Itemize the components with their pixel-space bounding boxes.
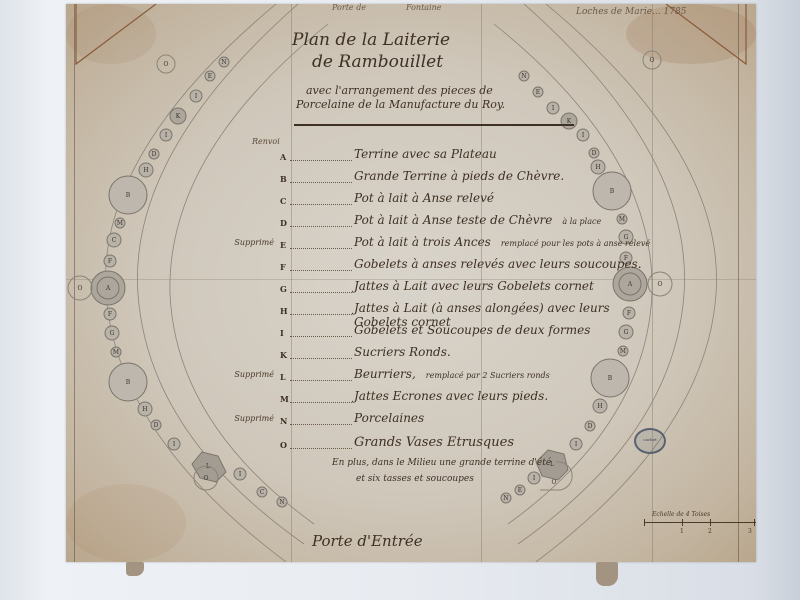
svg-text:C: C	[112, 237, 117, 244]
scale-tick-label: 3	[748, 528, 752, 535]
leader-dots	[290, 248, 352, 249]
legend-note: à la place	[562, 217, 601, 226]
legend-row: O Grands Vases Etrusques	[246, 434, 666, 454]
legend-text: Pot à lait à trois Ancesremplacé pour le…	[354, 235, 650, 249]
svg-text:N: N	[503, 495, 508, 502]
legend-key: I	[280, 328, 284, 338]
legend-key: G	[280, 284, 287, 294]
scale-tick-label: 2	[708, 528, 712, 535]
svg-text:E: E	[518, 487, 522, 494]
svg-text:B: B	[126, 192, 131, 199]
legend-key: F	[280, 262, 286, 272]
leader-dots	[290, 160, 352, 161]
svg-text:M: M	[117, 220, 123, 227]
suppressed-mark: Supprimé	[228, 238, 274, 247]
svg-text:N: N	[279, 499, 284, 506]
legend-row: M Jattes Ecrones avec leurs pieds.	[246, 388, 666, 408]
legend-key: B	[280, 174, 287, 184]
leader-dots	[290, 336, 352, 337]
legend-row: A Terrine avec sa Plateau	[246, 146, 666, 166]
top-note-right: Fontaine	[406, 3, 442, 12]
svg-text:E: E	[208, 73, 212, 80]
leader-dots	[290, 402, 352, 403]
scale-line	[644, 522, 756, 523]
legend-row: Supprimé E Pot à lait à trois Ancesrempl…	[246, 234, 666, 254]
legend-key: A	[280, 152, 286, 162]
svg-text:D: D	[152, 151, 157, 158]
leader-dots	[290, 424, 352, 425]
leader-dots	[290, 204, 352, 205]
legend-text: Grands Vases Etrusques	[354, 435, 514, 450]
legend-text: Jattes à Lait avec leurs Gobelets cornet	[354, 279, 594, 293]
legend-text: Pot à lait à Anse teste de Chèvreà la pl…	[354, 213, 601, 227]
svg-text:O: O	[78, 285, 83, 292]
title-line-2: de Rambouillet	[312, 52, 443, 72]
legend-key: D	[280, 218, 287, 228]
archive-stamp: cachet	[634, 428, 666, 454]
legend-row: K Sucriers Ronds.	[246, 344, 666, 364]
additional-note-line-2: et six tasses et soucoupes	[356, 474, 474, 484]
legend-row: I Gobelets et Soucoupes de deux formes	[246, 322, 666, 342]
legend-row: B Grande Terrine à pieds de Chèvre.	[246, 168, 666, 188]
legend-row: G Jattes à Lait avec leurs Gobelets corn…	[246, 278, 666, 298]
scale-label: Echelle de 4 Toises	[652, 511, 710, 518]
svg-text:D: D	[154, 422, 159, 429]
suppressed-mark: Supprimé	[228, 414, 274, 423]
svg-text:M: M	[113, 349, 119, 356]
legend-key: C	[280, 196, 286, 206]
legend-text: Terrine avec sa Plateau	[354, 147, 497, 161]
leader-dots	[290, 314, 352, 315]
legend-text: Jattes Ecrones avec leurs pieds.	[354, 389, 548, 403]
svg-text:F: F	[108, 311, 112, 318]
legend-text: Gobelets à anses relevés avec leurs souc…	[354, 257, 642, 271]
legend-text: Grande Terrine à pieds de Chèvre.	[354, 169, 564, 183]
svg-text:C: C	[260, 489, 265, 496]
svg-text:K: K	[176, 113, 181, 120]
legend-key: N	[280, 416, 287, 426]
leader-dots	[290, 358, 352, 359]
svg-text:O: O	[552, 479, 557, 486]
legend-row: D Pot à lait à Anse teste de Chèvreà la …	[246, 212, 666, 232]
svg-text:E: E	[536, 89, 540, 96]
scale-tick-label: 1	[680, 528, 684, 535]
svg-text:F: F	[108, 258, 112, 265]
additional-note-line-1: En plus, dans le Milieu une grande terri…	[332, 458, 551, 468]
leader-dots	[290, 182, 352, 183]
leader-dots	[290, 292, 352, 293]
svg-text:O: O	[650, 57, 655, 64]
svg-text:A: A	[105, 285, 111, 292]
legend-key: E	[280, 240, 286, 250]
leader-dots	[290, 380, 352, 381]
legend-text: Gobelets et Soucoupes de deux formes	[354, 323, 590, 337]
svg-text:B: B	[126, 379, 131, 386]
legend-note: remplacé par 2 Sucriers ronds	[426, 371, 550, 380]
legend-row: Supprimé N Porcelaines	[246, 410, 666, 430]
legend-key: M	[280, 394, 289, 404]
top-right-annotation: Loches de Marie... 1785	[576, 7, 686, 17]
leader-dots	[290, 448, 352, 449]
legend-row: H Jattes à Lait (à anses alongées) avec …	[246, 300, 666, 320]
legend-key: L	[280, 372, 286, 382]
legend-note: remplacé pour les pots à anse relevé	[501, 239, 650, 248]
svg-text:G: G	[110, 330, 115, 337]
leader-dots	[290, 270, 352, 271]
top-note-left: Porte de	[332, 3, 366, 12]
subtitle-line-2: Porcelaine de la Manufacture du Roy.	[296, 98, 505, 111]
svg-text:H: H	[142, 406, 147, 413]
title-line-1: Plan de la Laiterie	[292, 30, 450, 50]
svg-text:O: O	[164, 61, 169, 68]
legend-row: Supprimé L Beurriers,remplacé par 2 Sucr…	[246, 366, 666, 386]
legend-text: Beurriers,remplacé par 2 Sucriers ronds	[354, 367, 550, 381]
legend-key: O	[280, 440, 287, 450]
legend-row: F Gobelets à anses relevés avec leurs so…	[246, 256, 666, 276]
manuscript-sheet: N E I K I D H B M C F A O F G M B H D I	[66, 4, 756, 562]
entry-gate-label: Porte d'Entrée	[312, 532, 423, 550]
svg-text:O: O	[204, 475, 209, 482]
legend-text: Sucriers Ronds.	[354, 345, 451, 359]
svg-text:H: H	[143, 167, 148, 174]
suppressed-mark: Supprimé	[228, 370, 274, 379]
legend-key: H	[280, 306, 288, 316]
paper-tear	[126, 562, 144, 576]
paper-tear	[596, 562, 618, 586]
svg-text:N: N	[521, 73, 526, 80]
legend-text: Pot à lait à Anse relevé	[354, 191, 494, 205]
title-underline	[294, 124, 574, 126]
svg-text:N: N	[221, 59, 226, 66]
legend-row: C Pot à lait à Anse relevé	[246, 190, 666, 210]
legend-heading: Renvoi	[252, 137, 280, 146]
leader-dots	[290, 226, 352, 227]
legend-key: K	[280, 350, 287, 360]
subtitle-line-1: avec l'arrangement des pieces de	[306, 84, 493, 97]
legend-text: Porcelaines	[354, 411, 424, 425]
